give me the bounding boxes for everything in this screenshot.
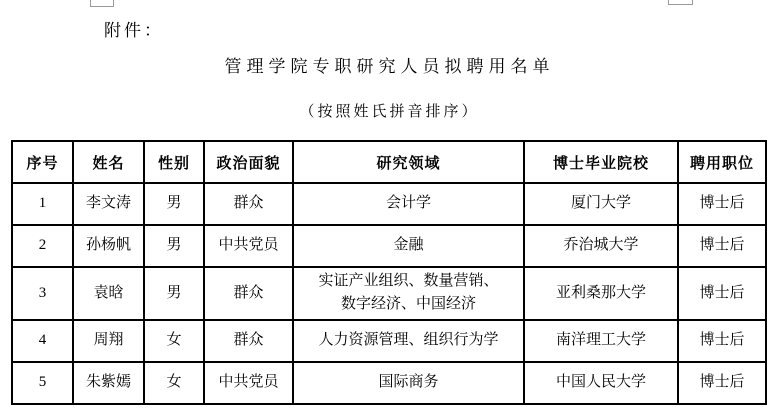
table-cell: 李文涛: [73, 183, 144, 225]
table-cell: 周翔: [73, 320, 144, 362]
table-cell: 4: [12, 320, 73, 362]
table-cell: 男: [144, 225, 204, 267]
hiring-roster-table: 序号姓名性别政治面貌研究领域博士毕业院校聘用职位 1李文涛男群众会计学厦门大学博…: [11, 140, 767, 405]
table-cell: 中国人民大学: [524, 362, 678, 404]
table-cell: 中共党员: [204, 225, 293, 267]
table-cell: 群众: [204, 320, 293, 362]
table-header-row: 序号姓名性别政治面貌研究领域博士毕业院校聘用职位: [12, 141, 766, 183]
table-cell: 女: [144, 362, 204, 404]
table-cell: 男: [144, 183, 204, 225]
table-cell: 1: [12, 183, 73, 225]
table-row: 5朱紫嫣女中共党员国际商务中国人民大学博士后: [12, 362, 766, 404]
table-row: 1李文涛男群众会计学厦门大学博士后: [12, 183, 766, 225]
table-header-cell: 研究领域: [293, 141, 524, 183]
table-header-cell: 政治面貌: [204, 141, 293, 183]
table-cell: 朱紫嫣: [73, 362, 144, 404]
table-cell: 博士后: [678, 225, 766, 267]
table-header-cell: 序号: [12, 141, 73, 183]
table-cell: 女: [144, 320, 204, 362]
table-cell: 中共党员: [204, 362, 293, 404]
page-subtitle: （按照姓氏拼音排序）: [0, 100, 779, 121]
table-cell: 实证产业组织、数量营销、 数字经济、中国经济: [293, 267, 524, 320]
table-cell: 厦门大学: [524, 183, 678, 225]
table-row: 3袁晗男群众实证产业组织、数量营销、 数字经济、中国经济亚利桑那大学博士后: [12, 267, 766, 320]
table-cell: 亚利桑那大学: [524, 267, 678, 320]
table-cell: 博士后: [678, 362, 766, 404]
table-cell: 乔治城大学: [524, 225, 678, 267]
table-cell: 群众: [204, 183, 293, 225]
table-cell: 博士后: [678, 320, 766, 362]
table-header-cell: 博士毕业院校: [524, 141, 678, 183]
table-cell: 孙杨帆: [73, 225, 144, 267]
table-header-cell: 聘用职位: [678, 141, 766, 183]
table-cell: 男: [144, 267, 204, 320]
table-cell: 人力资源管理、组织行为学: [293, 320, 524, 362]
page-crop-mark-right: [668, 0, 693, 5]
table-cell: 2: [12, 225, 73, 267]
table-cell: 群众: [204, 267, 293, 320]
page-crop-mark-left: [90, 0, 114, 7]
table-cell: 博士后: [678, 267, 766, 320]
table-cell: 5: [12, 362, 73, 404]
table-header-cell: 性别: [144, 141, 204, 183]
table-cell: 会计学: [293, 183, 524, 225]
table-row: 4周翔女群众人力资源管理、组织行为学南洋理工大学博士后: [12, 320, 766, 362]
table-cell: 袁晗: [73, 267, 144, 320]
attachment-label: 附件：: [104, 16, 164, 41]
table-header-cell: 姓名: [73, 141, 144, 183]
table-cell: 南洋理工大学: [524, 320, 678, 362]
table-row: 2孙杨帆男中共党员金融乔治城大学博士后: [12, 225, 766, 267]
table-cell: 博士后: [678, 183, 766, 225]
page-title: 管理学院专职研究人员拟聘用名单: [0, 52, 779, 77]
table-cell: 3: [12, 267, 73, 320]
table-cell: 国际商务: [293, 362, 524, 404]
table-cell: 金融: [293, 225, 524, 267]
